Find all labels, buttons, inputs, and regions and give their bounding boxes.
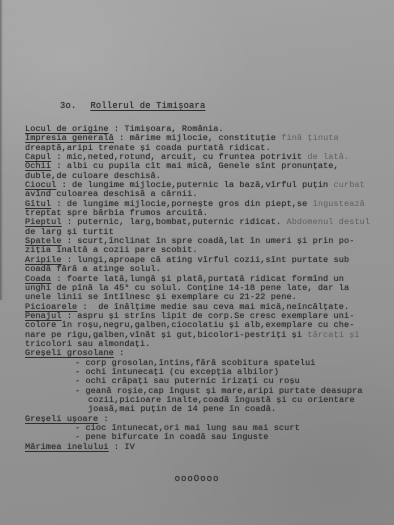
document-lines: Locul de origine : Timișoara, România.Im…	[25, 125, 385, 452]
document-heading: 3o.Rollerul de Timișoara	[60, 101, 206, 111]
footer-ornament: oooOooo	[0, 474, 394, 484]
typewritten-line: Mărimea inelului : IV	[25, 443, 385, 452]
section-number: 3o.	[60, 101, 76, 111]
page-edge-shadow	[0, 0, 3, 300]
page-title: Rollerul de Timișoara	[90, 101, 205, 111]
